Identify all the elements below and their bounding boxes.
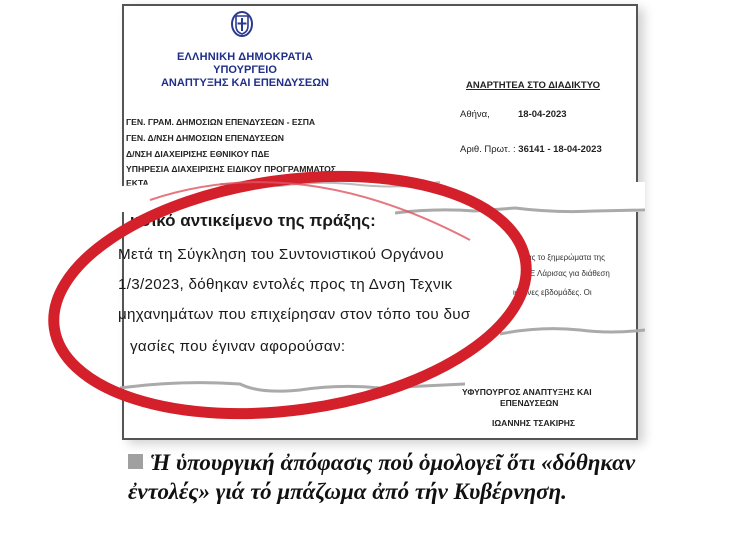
signature-title-2: ΕΠΕΝΔΥΣΕΩΝ <box>500 398 558 408</box>
signature-title: ΥΦΥΠΟΥΡΓΟΣ ΑΝΑΠΤΥΞΗΣ ΚΑΙ <box>462 387 592 397</box>
photo-caption: Ἡ ὑπουργική ἀπόφασις πού ὁμολογεῖ ὅτι «δ… <box>128 448 658 506</box>
place-label: Αθήνα, <box>460 109 490 120</box>
torn-edge-bottom <box>120 378 465 408</box>
caption-text: Ἡ ὑπουργική ἀπόφασις πού ὁμολογεῖ ὅτι «δ… <box>128 450 635 504</box>
section-title: υσικό αντικείμενο της πράξης: <box>130 211 376 231</box>
ministry-subheading: ΑΝΑΠΤΥΞΗΣ ΚΑΙ ΕΠΕΝΔΥΣΕΩΝ <box>135 77 355 89</box>
posting-label: ΑΝΑΡΤΗΤΕΑ ΣΤΟ ΔΙΑΔΙΚΤΥΟ <box>466 80 600 91</box>
department-line: ΓΕΝ. Δ/ΝΣΗ ΔΗΜΟΣΙΩΝ ΕΠΕΝΔΥΣΕΩΝ <box>126 133 284 143</box>
protocol-value: 36141 - 18-04-2023 <box>518 144 601 155</box>
torn-edge-right-bottom <box>500 320 645 350</box>
side-fragment: Ξ Λάρισας για διάθεση <box>530 269 610 278</box>
greek-coat-of-arms-icon <box>230 10 254 38</box>
signature-name: ΙΩΑΝΝΗΣ ΤΣΑΚΙΡΗΣ <box>492 418 575 428</box>
body-line: γασίες που έγιναν αφορούσαν: <box>130 338 345 355</box>
body-line: 1/3/2023, δόθηκαν εντολές προς τη Δνση Τ… <box>118 276 452 293</box>
department-line: ΓΕΝ. ΓΡΑΜ. ΔΗΜΟΣΙΩΝ ΕΠΕΝΔΥΣΕΩΝ - ΕΣΠΑ <box>126 117 315 127</box>
ministry-heading: ΥΠΟΥΡΓΕΙΟ <box>145 64 345 76</box>
protocol-number: Αριθ. Πρωτ. : 36141 - 18-04-2023 <box>460 144 602 155</box>
document-date: 18-04-2023 <box>518 109 567 120</box>
torn-edge-right-top <box>395 205 645 235</box>
side-fragment: τίας το ξημερώματα της <box>522 253 605 262</box>
body-line: Μετά τη Σύγκληση του Συντονιστικού Οργάν… <box>118 246 444 263</box>
department-line: ΥΠΗΡΕΣΙΑ ΔΙΑΧΕΙΡΙΣΗΣ ΕΙΔΙΚΟΥ ΠΡΟΓΡΑΜΜΑΤΟ… <box>126 164 336 174</box>
department-line: Δ/ΝΣΗ ΔΙΑΧΕΙΡΙΣΗΣ ΕΘΝΙΚΟΥ ΠΔΕ <box>126 149 269 159</box>
body-line: μηχανημάτων που επιχείρησαν στον τόπο το… <box>118 306 471 323</box>
gray-square-bullet-icon <box>128 454 143 469</box>
protocol-label: Αριθ. Πρωτ. : <box>460 144 516 155</box>
side-fragment: ιόμενες εβδομάδες. Οι <box>513 288 592 297</box>
republic-heading: ΕΛΛΗΝΙΚΗ ΔΗΜΟΚΡΑΤΙΑ <box>145 51 345 63</box>
